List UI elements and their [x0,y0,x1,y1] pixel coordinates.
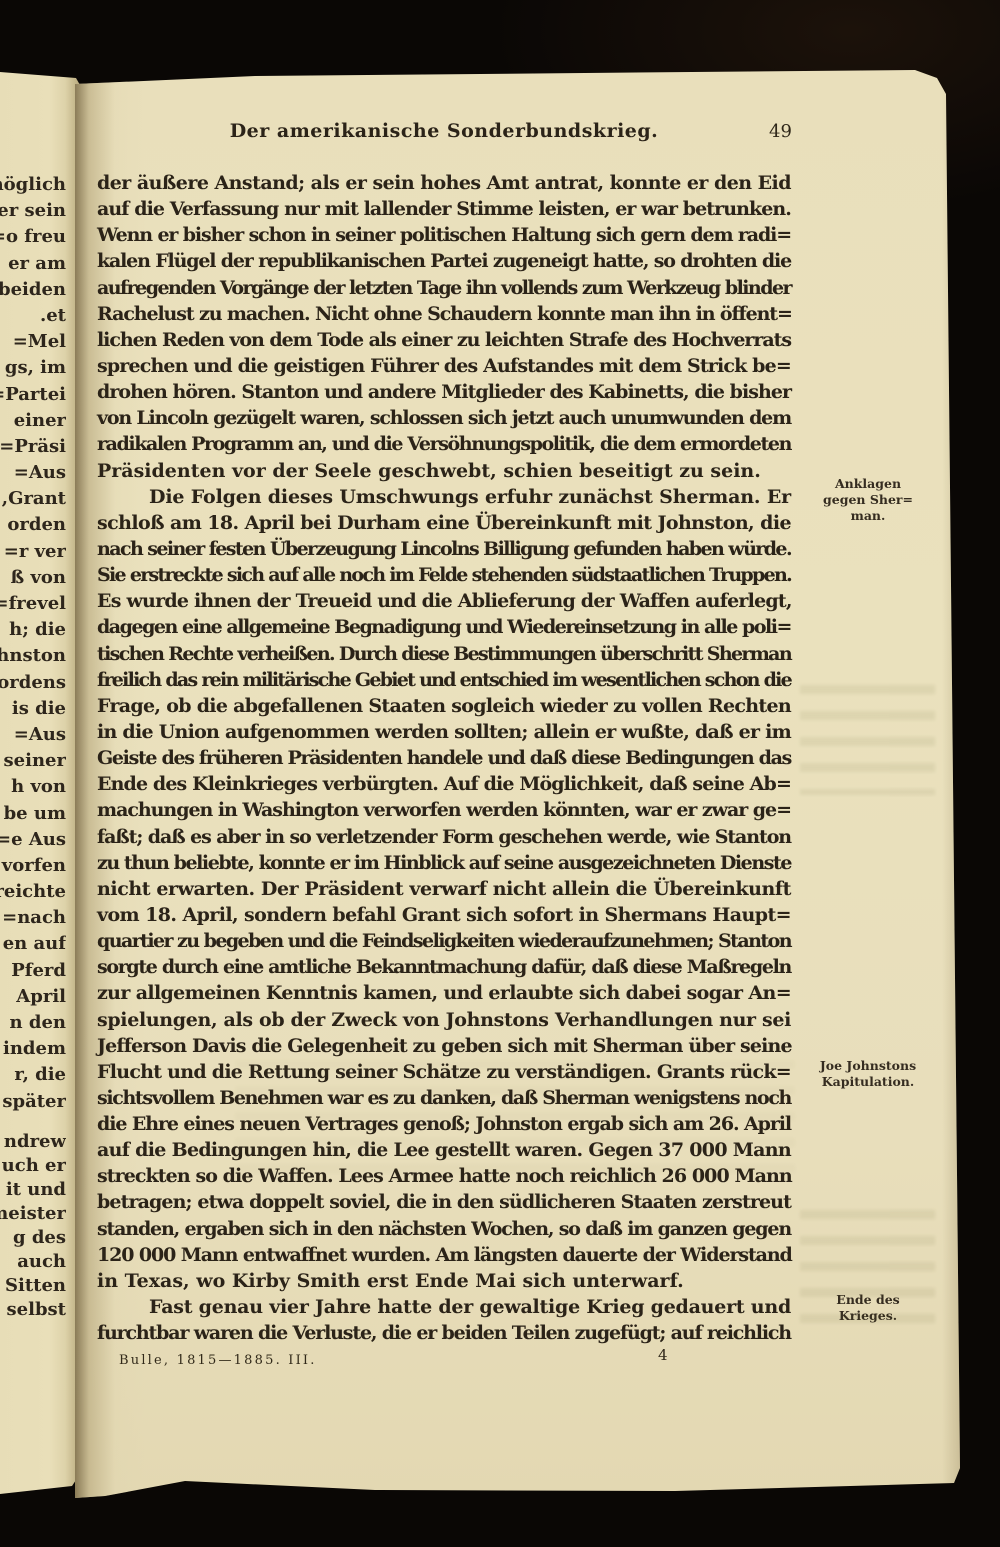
facing-page-line-fragment: en auf [0,931,66,957]
body-line: von Lincoln gezügelt waren, schlossen si… [97,405,791,431]
body-line: tischen Rechte verheißen. Durch diese Be… [97,641,791,667]
facing-page-text-fragments: nöglicher seino freu=er ambeidenet.Mel=g… [0,172,66,1115]
facing-page-line-fragment: ndrew [0,1130,66,1154]
body-line: Fast genau vier Jahre hatte der gewaltig… [97,1294,791,1320]
facing-page-line-fragment: n den [0,1010,66,1036]
sheet-number: 4 [658,1346,668,1364]
facing-page-line-fragment: e Aus= [0,827,66,853]
facing-page-line-fragment: Aus= [0,460,66,486]
facing-page-line-fragment: April [0,984,66,1010]
facing-page-line-fragment: g des [0,1226,66,1250]
facing-page-line-fragment: Grant, [0,486,66,512]
facing-page-line-fragment: gs, im [0,355,66,381]
facing-page-line-fragment: reichte [0,879,66,905]
margin-note-line: gegen Sher= [797,492,939,508]
body-line: quartier zu begeben und die Feindseligke… [97,928,791,954]
body-line: faßt; daß es aber in so verletzender For… [97,824,791,850]
facing-page-line-fragment: auch [0,1250,66,1274]
facing-page-line-fragment: et. [0,303,66,329]
facing-page-line-fragment: beiden [0,277,66,303]
facing-page-text-fragments-lower: ndrewuch erit undmeisterg desauchSittens… [0,1130,66,1322]
body-line: Rachelust zu machen. Nicht ohne Schauder… [97,301,791,327]
body-line: Ende des Kleinkrieges verbürgten. Auf di… [97,771,791,797]
body-line: zur allgemeinen Kenntnis kamen, und erla… [97,980,791,1006]
body-line: schloß am 18. April bei Durham eine Über… [97,510,791,536]
facing-page-line-fragment: Mel= [0,329,66,355]
body-line: spielungen, als ob der Zweck von Johnsto… [97,1007,791,1033]
body-line: Flucht und die Rettung seiner Schätze zu… [97,1059,791,1085]
facing-page-line-fragment: ß von [0,565,66,591]
book-page: Der amerikanische Sonderbundskrieg. 49 d… [75,70,968,1500]
body-line: Sie erstreckte sich auf alle noch im Fel… [97,562,791,588]
facing-page-line-fragment: uch er [0,1154,66,1178]
margin-note-line: Krieges. [797,1308,939,1324]
facing-page-line-fragment: Präsi= [0,434,66,460]
margin-note: Joe JohnstonsKapitulation. [797,1058,939,1090]
body-line: vom 18. April, sondern befahl Grant sich… [97,902,791,928]
body-line: sorgte durch eine amtliche Bekanntmachun… [97,954,791,980]
body-line: sprechen und die geistigen Führer des Au… [97,353,791,379]
facing-page-line-fragment: r, die [0,1062,66,1088]
body-line: 120 000 Mann entwaffnet wurden. Am längs… [97,1242,791,1268]
facing-page-line-fragment: is die [0,696,66,722]
facing-page-line-fragment: er am [0,251,66,277]
margin-note-line: Joe Johnstons [797,1058,939,1074]
margin-note-line: man. [797,508,939,524]
body-line: die Ehre eines neuen Vertrages genoß; Jo… [97,1111,791,1137]
body-line: in Texas, wo Kirby Smith erst Ende Mai s… [97,1268,791,1294]
body-line: nach seiner festen Überzeugung Lincolns … [97,536,791,562]
book-scan: nöglicher seino freu=er ambeidenet.Mel=g… [0,0,1000,1547]
margin-note: Ende desKrieges. [797,1292,939,1324]
body-line: Die Folgen dieses Umschwungs erfuhr zunä… [97,484,791,510]
facing-page-line-fragment: indem [0,1036,66,1062]
body-line: auf die Bedingungen hin, die Lee gestell… [97,1137,791,1163]
ink-bleed-through [800,685,935,795]
body-line: dagegen eine allgemeine Begnadigung und … [97,614,791,640]
body-line: Wenn er bisher schon in seiner politisch… [97,222,791,248]
facing-page-line-fragment: be um [0,801,66,827]
facing-page-line-fragment: h von [0,774,66,800]
body-line: Es wurde ihnen der Treueid und die Ablie… [97,588,791,614]
body-line: auf die Verfassung nur mit lallender Sti… [97,196,791,222]
body-line: der äußere Anstand; als er sein hohes Am… [97,170,791,196]
body-text: der äußere Anstand; als er sein hohes Am… [97,170,791,1346]
body-line: Geiste des früheren Präsidenten handele … [97,745,791,771]
body-line: zu thun beliebte, konnte er im Hinblick … [97,850,791,876]
body-line: freilich das rein militärische Gebiet un… [97,667,791,693]
margin-note-line: Ende des [797,1292,939,1308]
facing-page-line-fragment: nöglich [0,172,66,198]
facing-page-line-fragment: frevel= [0,591,66,617]
body-line: radikalen Programm an, und die Versöhnun… [97,431,791,457]
printer-signature: Bulle, 1815—1885. III. [119,1353,317,1368]
facing-page-line-fragment: ordens [0,670,66,696]
body-line: in die Union aufgenommen werden sollten;… [97,719,791,745]
body-line: Frage, ob die abgefallenen Staaten sogle… [97,693,791,719]
body-line: aufregenden Vorgänge der letzten Tage ih… [97,275,791,301]
facing-page-line-fragment: o freu= [0,224,66,250]
page-number: 49 [769,121,792,142]
facing-page-line-fragment: Pferd [0,958,66,984]
facing-page-line-fragment: Partei= [0,382,66,408]
body-line: betragen; etwa doppelt soviel, die in de… [97,1189,791,1215]
facing-page-line-fragment: später [0,1089,66,1115]
facing-page-line-fragment: Aus= [0,722,66,748]
body-line: furchtbar waren die Verluste, die er bei… [97,1320,791,1346]
facing-page-line-fragment: seiner [0,748,66,774]
body-line: drohen hören. Stanton und andere Mitglie… [97,379,791,405]
facing-page-line-fragment: orden [0,512,66,538]
facing-page-line-fragment: meister [0,1202,66,1226]
body-line: standen, ergaben sich in den nächsten Wo… [97,1216,791,1242]
body-line: sichtsvollem Benehmen war es zu danken, … [97,1085,791,1111]
body-line: lichen Reden von dem Tode als einer zu l… [97,327,791,353]
facing-page-line-fragment: vorfen [0,853,66,879]
body-line: nicht erwarten. Der Präsident verwarf ni… [97,876,791,902]
body-line: Jefferson Davis die Gelegenheit zu geben… [97,1033,791,1059]
margin-note-line: Kapitulation. [797,1074,939,1090]
body-line: Präsidenten vor der Seele geschwebt, sch… [97,458,791,484]
facing-page-line-fragment: Sitten [0,1274,66,1298]
facing-page-line-fragment: einer [0,408,66,434]
facing-page-line-fragment: h; die [0,617,66,643]
facing-page-line-fragment: er sein [0,198,66,224]
margin-note-line: Anklagen [797,476,939,492]
facing-page-line-fragment: nach= [0,905,66,931]
body-line: kalen Flügel der republikanischen Partei… [97,248,791,274]
body-line: machungen in Washington verworfen werden… [97,797,791,823]
facing-page-line-fragment: it und [0,1178,66,1202]
running-head-title: Der amerikanische Sonderbundskrieg. [97,120,791,142]
facing-page-line-fragment: hnston [0,643,66,669]
facing-page-line-fragment: selbst [0,1298,66,1322]
margin-note: Anklagengegen Sher=man. [797,476,939,524]
facing-page-line-fragment: r ver= [0,539,66,565]
body-line: streckten so die Waffen. Lees Armee hatt… [97,1163,791,1189]
